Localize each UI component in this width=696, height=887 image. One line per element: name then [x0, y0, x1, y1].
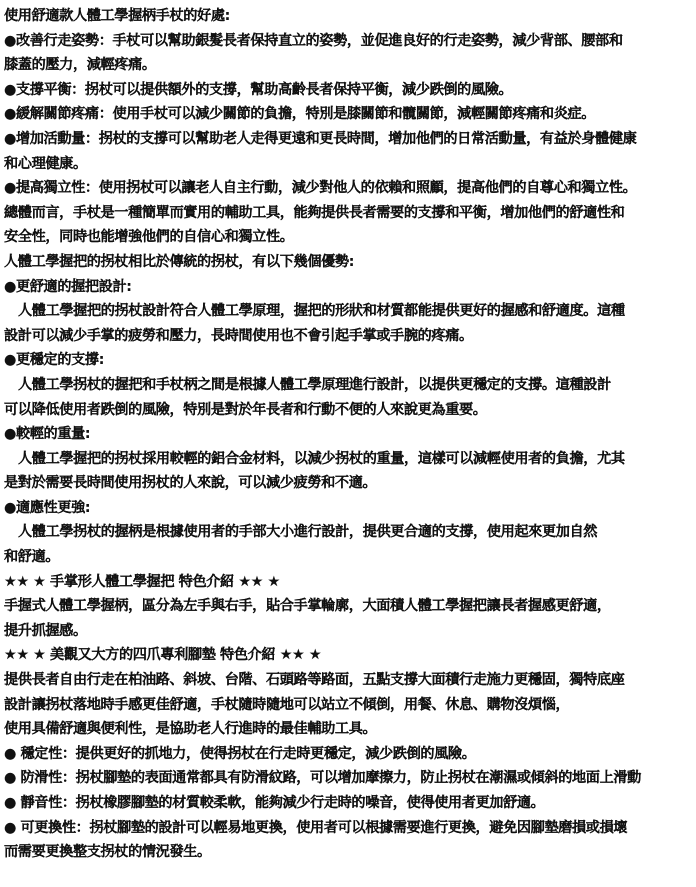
- section-title-four-claw-pad: ★★ ★ 美觀又大方的四爪專利腳墊 特色介紹 ★★ ★: [4, 643, 696, 668]
- paragraph-line: 而需要更換整支拐杖的情況發生。: [4, 840, 696, 865]
- paragraph-line: 人體工學拐杖的握把和手杖柄之間是根據人體工學原理進行設計，以提供更穩定的支撐。這…: [4, 373, 696, 398]
- paragraph-line: 是對於需要長時間使用拐杖的人來說，可以減少疲勞和不適。: [4, 471, 696, 496]
- bullet-stable-support: ●更穩定的支撐:: [4, 348, 696, 373]
- bullet-replaceable: ● 可更換性：拐杖腳墊的設計可以輕易地更換，使用者可以根據需要進行更換，避免因腳…: [4, 816, 696, 841]
- text-line: 膝蓋的壓力，減輕疼痛。: [4, 53, 696, 78]
- paragraph-line: 設計讓拐杖落地時手感更佳舒適，手杖隨時隨地可以站立不傾倒，用餐、休息、購物沒煩惱…: [4, 693, 696, 718]
- bullet-posture: ●改善行走姿勢：手杖可以幫助銀髮長者保持直立的姿勢，並促進良好的行走姿勢，減少背…: [4, 29, 696, 54]
- bullet-comfort-grip: ●更舒適的握把設計:: [4, 275, 696, 300]
- bullet-anti-slip: ● 防滑性：拐杖腳墊的表面通常都具有防滑紋路，可以增加摩擦力，防止拐杖在潮濕或傾…: [4, 766, 696, 791]
- text-line: 和心理健康。: [4, 152, 696, 177]
- bullet-lighter-weight: ●較輕的重量:: [4, 422, 696, 447]
- bullet-silent: ● 靜音性：拐杖橡膠腳墊的材質較柔軟，能夠減少行走時的噪音，使得使用者更加舒適。: [4, 791, 696, 816]
- bullet-activity: ●增加活動量：拐杖的支撐可以幫助老人走得更遠和更長時間，增加他們的日常活動量，有…: [4, 127, 696, 152]
- paragraph-line: 可以降低使用者跌倒的風險，特別是對於年長者和行動不便的人來說更為重要。: [4, 398, 696, 423]
- document-body: 使用舒適款人體工學握柄手杖的好處: ●改善行走姿勢：手杖可以幫助銀髮長者保持直立…: [0, 0, 696, 865]
- bullet-joint-pain: ●緩解關節疼痛：使用手杖可以減少關節的負擔，特別是膝關節和髖關節，減輕關節疼痛和…: [4, 102, 696, 127]
- paragraph-line: 手握式人體工學握柄，區分為左手與右手，貼合手掌輪廓，大面積人體工學握把讓長者握感…: [4, 594, 696, 619]
- heading-benefits: 使用舒適款人體工學握柄手杖的好處:: [4, 4, 696, 29]
- paragraph-line: 人體工學拐杖的握柄是根據使用者的手部大小進行設計，提供更合適的支撐，使用起來更加…: [4, 520, 696, 545]
- paragraph-line: 設計可以減少手掌的疲勞和壓力，長時間使用也不會引起手掌或手腕的疼痛。: [4, 324, 696, 349]
- paragraph-line: 和舒適。: [4, 545, 696, 570]
- paragraph-line: 人體工學握把的拐杖採用較輕的鋁合金材料，以減少拐杖的重量，這樣可以減輕使用者的負…: [4, 447, 696, 472]
- bullet-stability: ● 穩定性：提供更好的抓地力，使得拐杖在行走時更穩定，減少跌倒的風險。: [4, 742, 696, 767]
- paragraph-line: 提供長者自由行走在柏油路、斜坡、台階、石頭路等路面，五點支撐大面積行走施力更穩固…: [4, 668, 696, 693]
- heading-advantages: 人體工學握把的拐杖相比於傳統的拐杖，有以下幾個優勢:: [4, 250, 696, 275]
- paragraph-line: 使用具備舒適與便利性，是協助老人行進時的最佳輔助工具。: [4, 717, 696, 742]
- bullet-adaptability: ●適應性更強:: [4, 496, 696, 521]
- bullet-independence: ●提高獨立性：使用拐杖可以讓老人自主行動，減少對他人的依賴和照顧，提高他們的自尊…: [4, 176, 696, 201]
- section-title-palm-grip: ★★ ★ 手掌形人體工學握把 特色介紹 ★★ ★: [4, 570, 696, 595]
- bullet-balance: ●支撐平衡：拐杖可以提供額外的支撐，幫助高齡長者保持平衡，減少跌倒的風險。: [4, 78, 696, 103]
- summary-line: 總體而言，手杖是一種簡單而實用的輔助工具，能夠提供長者需要的支撐和平衡，增加他們…: [4, 201, 696, 226]
- paragraph-line: 提升抓握感。: [4, 619, 696, 644]
- summary-line: 安全性，同時也能增強他們的自信心和獨立性。: [4, 225, 696, 250]
- paragraph-line: 人體工學握把的拐杖設計符合人體工學原理，握把的形狀和材質都能提供更好的握感和舒適…: [4, 299, 696, 324]
